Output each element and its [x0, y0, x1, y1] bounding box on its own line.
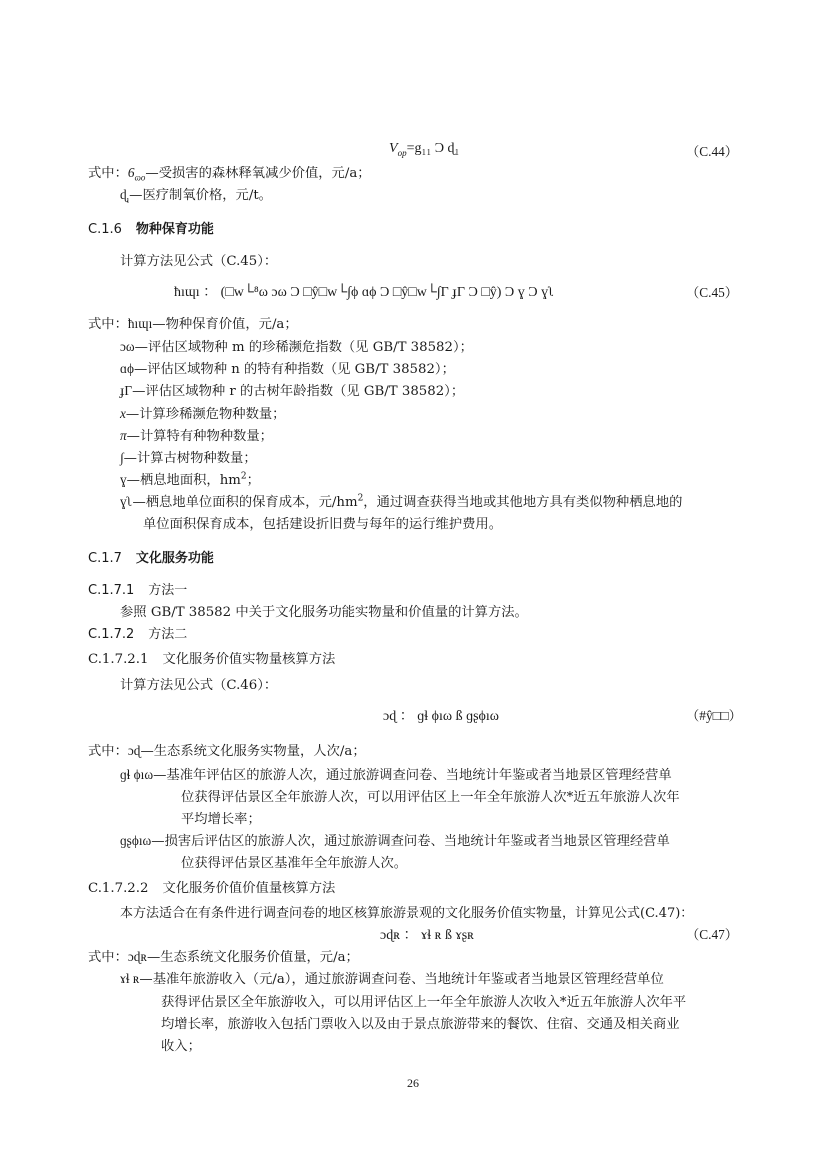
- legend-text: —物种保育价值，元/a；: [152, 317, 297, 332]
- legend-text: —计算珍稀濒危物种数量；: [126, 407, 286, 422]
- legend-symbol: ɑϕ: [120, 361, 134, 376]
- legend-after: ，通过调查获得当地或其他地方具有类似物种栖息地的: [363, 495, 682, 510]
- legend-c46-row-2: ɡɬ ϕıω—基准年评估区的旅游人次，通过旅游调查问卷、当地统计年鉴或者当地景区…: [120, 764, 672, 783]
- formula-c46: ɔɖ ： ɡɬ ϕıω ß ɡʂϕıω: [383, 705, 499, 725]
- legend-prefix: 式中：: [88, 950, 128, 965]
- legend-symbol: ɤɬ ʀ: [120, 971, 139, 986]
- subsection-number: C.1.7.1: [88, 583, 134, 598]
- legend-c45-row-9: ɣʅ—栖息地单位面积的保育成本，元/hm2，通过调查获得当地或其他地方具有类似物…: [120, 491, 682, 510]
- section-title: 物种保育功能: [136, 222, 214, 237]
- legend-text: —损害后评估区的旅游人次，通过旅游调查问卷、当地统计年鉴或者当地景区管理经营单: [151, 834, 670, 849]
- formula-c44: Vop=g₁₁ Ɔ ɖ₁: [389, 141, 459, 158]
- c1721-intro: 计算方法见公式（C.46）：: [120, 674, 277, 693]
- legend-prefix: 式中：: [88, 317, 128, 332]
- subsection-title: 方法一: [148, 583, 187, 598]
- formula-c47: ɔɖʀ ： ɤɬ ʀ ß ɤʂʀ: [380, 924, 474, 944]
- legend-c47-row-1: 式中：ɔɖʀ—生态系统文化服务价值量，元/a；: [88, 946, 359, 965]
- formula-c44-number: （C.44）: [686, 141, 738, 160]
- subsection-number: C.1.7.2.1: [88, 652, 148, 667]
- formula-c45-number: （C.45）: [686, 282, 738, 301]
- legend-c45-row-4: ɟΓ—评估区域物种 r 的古树年龄指数（见 GB/T 38582）；: [120, 380, 464, 399]
- formula-c45: ħıɰı ： (□w└⁸ω ɔω Ɔ □ŷ□w└∫ϕ ɑϕ Ɔ □ŷ□w└∫Γ …: [174, 281, 554, 301]
- legend-text: —计算古树物种数量；: [124, 451, 257, 466]
- subsection-c1722: C.1.7.2.2文化服务价值价值量核算方法: [88, 877, 335, 896]
- subsection-c171: C.1.7.1方法一: [88, 579, 187, 598]
- legend-c45-row-1: 式中：ħıɰı—物种保育价值，元/a；: [88, 313, 298, 332]
- legend-c45-row-7: ∫—计算古树物种数量；: [120, 447, 257, 466]
- legend-text: —评估区域物种 m 的珍稀濒危指数（见 GB/T 38582）；: [135, 340, 473, 355]
- legend-prefix: 式中：: [88, 166, 128, 181]
- section-heading-c16: C.1.6物种保育功能: [88, 218, 214, 237]
- legend-c45-row-3: ɑϕ—评估区域物种 n 的特有种指数（见 GB/T 38582）；: [120, 358, 455, 377]
- c1722-intro: 本方法适合在有条件进行调查问卷的地区核算旅游景观的文化服务价值实物量，计算见公式…: [120, 902, 693, 921]
- subsection-c172: C.1.7.2方法二: [88, 623, 187, 642]
- legend-c45-row-6: π—计算特有种物种数量；: [120, 425, 273, 444]
- legend-c47-row-2-cont-2: 均增长率，旅游收入包括门票收入以及由于景点旅游带来的餐饮、住宿、交通及相关商业: [161, 1013, 680, 1032]
- legend-symbol: ɖ: [120, 187, 127, 202]
- legend-prefix: 式中：: [88, 744, 128, 759]
- legend-c46-row-2-cont-1: 位获得评估景区全年旅游人次，可以用评估区上一年全年旅游人次*近五年旅游人次年: [181, 786, 680, 805]
- legend-symbol: ɟΓ: [120, 383, 132, 398]
- legend-symbol: ɡʂϕıω: [120, 833, 151, 848]
- legend-c45-row-2: ɔω—评估区域物种 m 的珍稀濒危指数（见 GB/T 38582）；: [120, 336, 473, 355]
- formula-c44-rest: =g₁₁ Ɔ ɖ₁: [407, 141, 460, 156]
- legend-c45-row-8: ɣ—栖息地面积，hm2；: [120, 469, 260, 488]
- subsection-number: C.1.7.2: [88, 627, 134, 642]
- legend-c45-row-5: x—计算珍稀濒危物种数量；: [120, 403, 285, 422]
- formula-c44-sub: op: [398, 148, 407, 158]
- legend-text: —生态系统文化服务实物量，人次/a；: [140, 744, 365, 759]
- legend-text: —栖息地面积，hm: [127, 473, 241, 488]
- legend-symbol: ɣʅ: [120, 494, 132, 509]
- legend-c46-row-1: 式中：ɔɖ—生态系统文化服务实物量，人次/a；: [88, 740, 366, 759]
- c171-text: 参照 GB/T 38582 中关于文化服务功能实物量和价值量的计算方法。: [120, 601, 528, 620]
- legend-symbol: ɣ: [120, 472, 127, 487]
- formula-c47-number: （C.47）: [686, 924, 738, 943]
- subsection-title: 方法二: [148, 627, 187, 642]
- subsection-number: C.1.7.2.2: [88, 881, 148, 896]
- legend-symbol: ɔω: [120, 339, 135, 354]
- subsection-title: 文化服务价值价值量核算方法: [162, 881, 335, 896]
- subsection-title: 文化服务价值实物量核算方法: [162, 652, 335, 667]
- legend-symbol: ɡɬ ϕıω: [120, 767, 153, 782]
- legend-text: —评估区域物种 n 的特有种指数（见 GB/T 38582）；: [134, 362, 455, 377]
- formula-c46-number: （#ŷ□□）: [686, 705, 742, 724]
- legend-c44-row-2: ɖı—医疗制氧价格，元/t。: [120, 184, 272, 205]
- legend-symbol: ɔɖʀ: [128, 949, 147, 964]
- legend-c45-row-9-cont: 单位面积保育成本，包括建设折旧费与每年的运行维护费用。: [143, 513, 502, 532]
- legend-symbol: π: [120, 428, 127, 443]
- section-number: C.1.7: [88, 551, 122, 566]
- legend-symbol: ɔɖ: [128, 743, 141, 758]
- legend-text: —栖息地单位面积的保育成本，元/hm: [132, 495, 357, 510]
- legend-symbol-sub: ɷο: [135, 173, 146, 183]
- section-title: 文化服务功能: [136, 551, 214, 566]
- c16-intro: 计算方法见公式（C.45）：: [120, 250, 277, 269]
- legend-text: —基准年评估区的旅游人次，通过旅游调查问卷、当地统计年鉴或者当地景区管理经营单: [153, 768, 672, 783]
- legend-c47-row-2-cont-1: 获得评估景区全年旅游收入，可以用评估区上一年全年旅游人次收入*近五年旅游人次年平: [161, 991, 686, 1010]
- legend-c46-row-3-cont-1: 位获得评估景区基准年全年旅游人次。: [181, 852, 407, 871]
- legend-text: —基准年旅游收入（元/a），通过旅游调查问卷、当地统计年鉴或者当地景区管理经营单…: [139, 972, 663, 987]
- legend-c46-row-3: ɡʂϕıω—损害后评估区的旅游人次，通过旅游调查问卷、当地统计年鉴或者当地景区管…: [120, 830, 670, 849]
- section-heading-c17: C.1.7文化服务功能: [88, 547, 214, 566]
- subsection-c1721: C.1.7.2.1文化服务价值实物量核算方法: [88, 648, 335, 667]
- legend-text: —受损害的森林释氧减少价值，元/a；: [145, 166, 370, 181]
- legend-text: —评估区域物种 r 的古树年龄指数（见 GB/T 38582）；: [132, 384, 464, 399]
- legend-after: ；: [247, 473, 260, 488]
- legend-c46-row-2-cont-2: 平均增长率；: [181, 808, 261, 827]
- legend-c47-row-2-cont-3: 收入；: [161, 1035, 201, 1054]
- formula-c44-V: V: [389, 141, 398, 156]
- section-number: C.1.6: [88, 222, 122, 237]
- legend-c47-row-2: ɤɬ ʀ—基准年旅游收入（元/a），通过旅游调查问卷、当地统计年鉴或者当地景区管…: [120, 968, 664, 987]
- legend-text: —计算特有种物种数量；: [127, 429, 273, 444]
- legend-text: —生态系统文化服务价值量，元/a；: [147, 950, 359, 965]
- legend-symbol: 6: [128, 165, 135, 180]
- legend-symbol: ħıɰı: [128, 316, 152, 331]
- page-number: 26: [407, 1076, 419, 1091]
- legend-c44-row-1: 式中：6ɷο—受损害的森林释氧减少价值，元/a；: [88, 162, 371, 183]
- legend-text: —医疗制氧价格，元/t。: [129, 188, 272, 203]
